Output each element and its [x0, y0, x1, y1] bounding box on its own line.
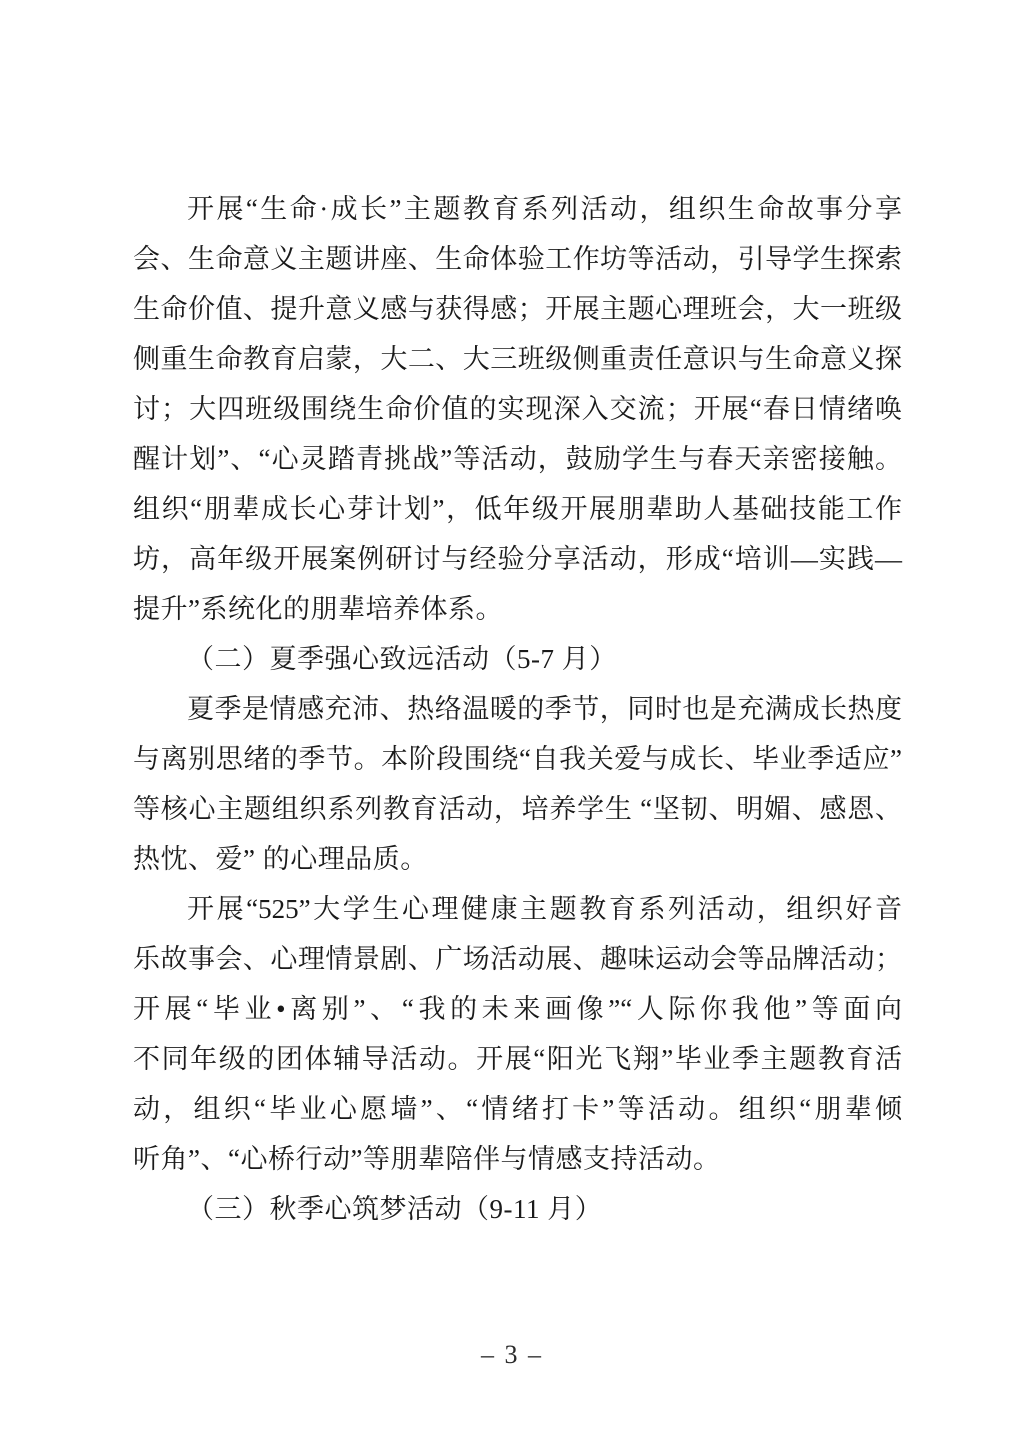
- document-page: 开展“生命·成长”主题教育系列活动，组织生命故事分享 会、生命意义主题讲座、生命…: [0, 0, 1024, 1448]
- text-line: 夏季是情感充沛、热络温暖的季节，同时也是充满成长热度: [133, 684, 902, 734]
- text-line: 生命价值、提升意义感与获得感；开展主题心理班会，大一班级: [133, 284, 902, 334]
- text-line: 动，组织“毕业心愿墙”、“情绪打卡”等活动。组织“朋辈倾: [133, 1084, 902, 1134]
- text-line: 会、生命意义主题讲座、生命体验工作坊等活动，引导学生探索: [133, 234, 902, 284]
- text-line: 开展“生命·成长”主题教育系列活动，组织生命故事分享: [133, 184, 902, 234]
- text-line: 与离别思绪的季节。本阶段围绕“自我关爱与成长、毕业季适应”: [133, 734, 902, 784]
- page-number: – 3 –: [0, 1338, 1024, 1372]
- document-body: 开展“生命·成长”主题教育系列活动，组织生命故事分享 会、生命意义主题讲座、生命…: [133, 184, 902, 1234]
- text-line: 醒计划”、“心灵踏青挑战”等活动，鼓励学生与春天亲密接触。: [133, 434, 902, 484]
- text-line: 坊，高年级开展案例研讨与经验分享活动，形成“培训—实践—: [133, 534, 902, 584]
- text-line: 侧重生命教育启蒙，大二、大三班级侧重责任意识与生命意义探: [133, 334, 902, 384]
- text-line: 热忱、爱” 的心理品质。: [133, 834, 902, 884]
- text-line: 讨；大四班级围绕生命价值的实现深入交流；开展“春日情绪唤: [133, 384, 902, 434]
- text-line: 不同年级的团体辅导活动。开展“阳光飞翔”毕业季主题教育活: [133, 1034, 902, 1084]
- section-heading-summer: （二）夏季强心致远活动（5-7 月）: [133, 634, 902, 684]
- text-line: 组织“朋辈成长心芽计划”，低年级开展朋辈助人基础技能工作: [133, 484, 902, 534]
- text-line: 乐故事会、心理情景剧、广场活动展、趣味运动会等品牌活动；: [133, 934, 902, 984]
- section-heading-autumn: （三）秋季心筑梦活动（9-11 月）: [133, 1184, 902, 1234]
- text-line: 开展“525”大学生心理健康主题教育系列活动，组织好音: [133, 884, 902, 934]
- text-line: 听角”、“心桥行动”等朋辈陪伴与情感支持活动。: [133, 1134, 902, 1184]
- text-line: 等核心主题组织系列教育活动，培养学生 “坚韧、明媚、感恩、: [133, 784, 902, 834]
- text-line: 提升”系统化的朋辈培养体系。: [133, 584, 902, 634]
- text-line: 开展“毕业•离别”、“我的未来画像”“人际你我他”等面向: [133, 984, 902, 1034]
